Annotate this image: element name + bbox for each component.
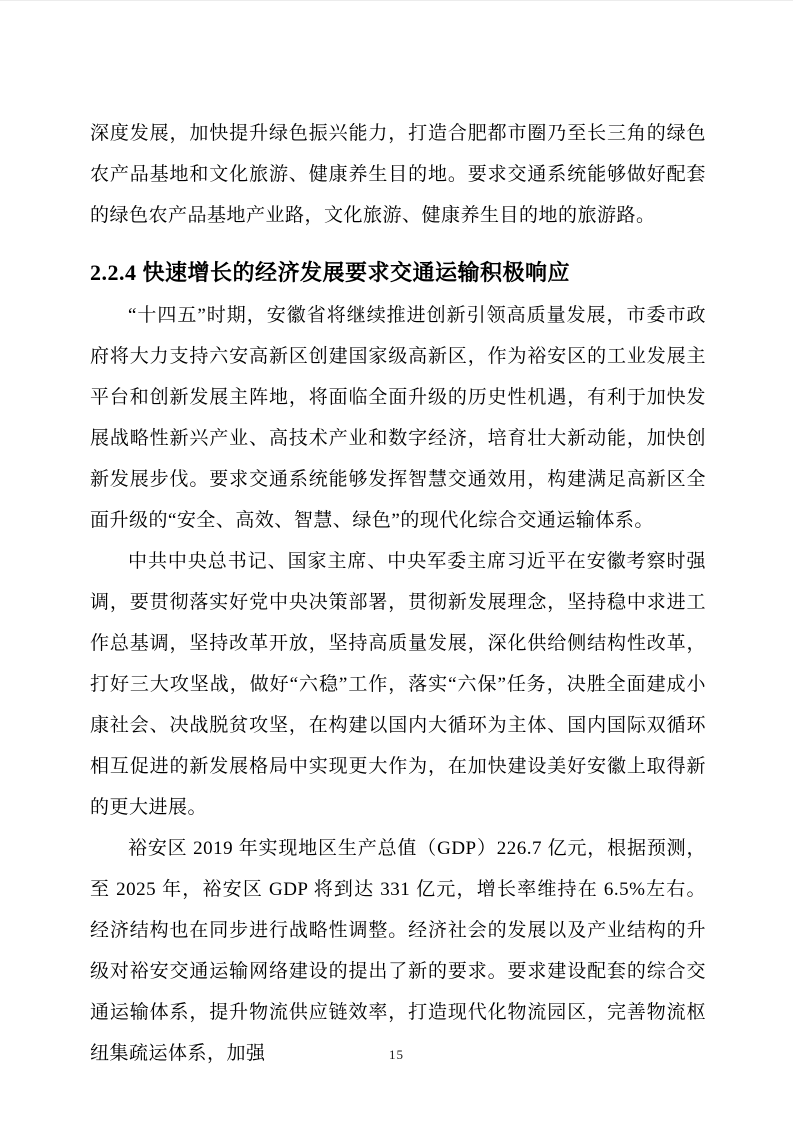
section-heading: 2.2.4 快速增长的经济发展要求交通运输积极响应 — [90, 251, 706, 295]
body-paragraph: 深度发展，加快提升绿色振兴能力，打造合肥都市圈乃至长三角的绿色农产品基地和文化旅… — [90, 113, 706, 236]
page-number: 15 — [389, 1047, 404, 1062]
document-page: 深度发展，加快提升绿色振兴能力，打造合肥都市圈乃至长三角的绿色农产品基地和文化旅… — [0, 0, 793, 1122]
body-paragraph: 中共中央总书记、国家主席、中央军委主席习近平在安徽考察时强调，要贯彻落实好党中央… — [90, 541, 706, 828]
body-paragraph: 裕安区 2019 年实现地区生产总值（GDP）226.7 亿元，根据预测，至 2… — [90, 828, 706, 1074]
document-body: 深度发展，加快提升绿色振兴能力，打造合肥都市圈乃至长三角的绿色农产品基地和文化旅… — [90, 113, 706, 1074]
page-footer: 15 — [0, 1046, 793, 1064]
body-paragraph: “十四五”时期，安徽省将继续推进创新引领高质量发展，市委市政府将大力支持六安高新… — [90, 295, 706, 541]
